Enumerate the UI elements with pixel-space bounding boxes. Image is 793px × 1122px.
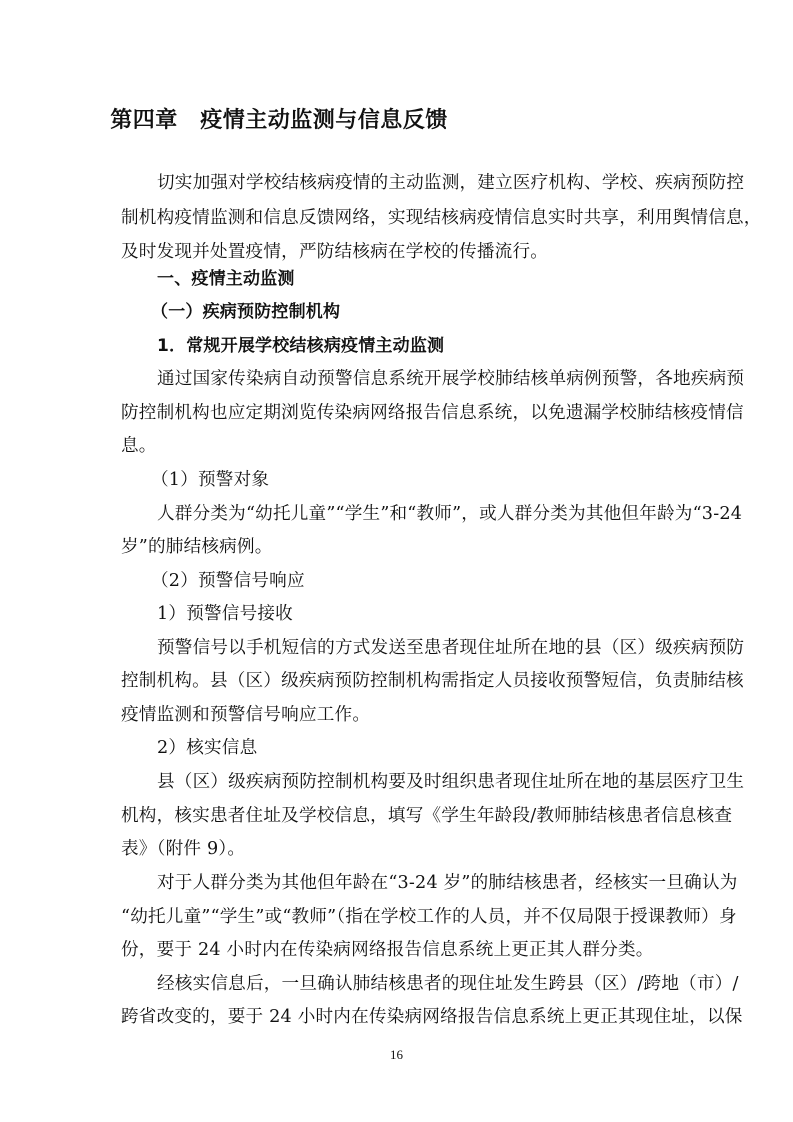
paragraph-line: 岁”的肺结核病例。 [121, 536, 679, 558]
paragraph-line: 机构，核实患者住址及学校信息，填写《学生年龄段/教师肺结核患者信息核查 [121, 805, 679, 827]
paragraph-line: 人群分类为“幼托儿童”“学生”和“教师”，或人群分类为其他但年龄为“3-24 [121, 503, 679, 525]
paragraph-line: 防控制机构也应定期浏览传染病网络报告信息系统，以免遗漏学校肺结核疫情信 [121, 402, 679, 424]
paragraph-line: 控制机构。县（区）级疾病预防控制机构需指定人员接收预警短信，负责肺结核 [121, 670, 679, 692]
page-number: 16 [0, 1047, 793, 1063]
subheading: （1）预警对象 [121, 469, 709, 491]
paragraph-line: 经核实信息后，一旦确认肺结核患者的现住址发生跨县（区）/跨地（市）/ [121, 973, 679, 995]
paragraph-line: 份，要于 24 小时内在传染病网络报告信息系统上更正其人群分类。 [121, 939, 679, 961]
chapter-title: 第四章 疫情主动监测与信息反馈 [0, 103, 558, 134]
item-heading: 1．常规开展学校结核病疫情主动监测 [121, 335, 679, 357]
intro-line: 切实加强对学校结核病疫情的主动监测，建立医疗机构、学校、疾病预防控 [121, 172, 679, 194]
subheading: 2）核实信息 [121, 737, 679, 759]
paragraph-line: 跨省改变的，要于 24 小时内在传染病网络报告信息系统上更正其现住址，以保 [121, 1006, 679, 1028]
subheading: （2）预警信号响应 [121, 570, 709, 592]
paragraph-line: 息。 [121, 435, 679, 457]
subheading: 1）预警信号接收 [121, 603, 679, 625]
paragraph-line: 表》（附件 9）。 [121, 838, 679, 860]
paragraph-line: 预警信号以手机短信的方式发送至患者现住址所在地的县（区）级疾病预防 [121, 637, 679, 659]
paragraph-line: 通过国家传染病自动预警信息系统开展学校肺结核单病例预警，各地疾病预 [121, 368, 679, 390]
paragraph-line: “幼托儿童”“学生”或“教师”（指在学校工作的人员，并不仅局限于授课教师）身 [121, 906, 679, 928]
intro-line: 及时发现并处置疫情，严防结核病在学校的传播流行。 [121, 241, 679, 263]
intro-line: 制机构疫情监测和信息反馈网络，实现结核病疫情信息实时共享，利用舆情信息， [121, 207, 679, 229]
subsection-heading: （一）疾病预防控制机构 [121, 301, 709, 323]
paragraph-line: 对于人群分类为其他但年龄在“3-24 岁”的肺结核患者，经核实一旦确认为 [121, 872, 679, 894]
paragraph-line: 疫情监测和预警信号响应工作。 [121, 704, 679, 726]
paragraph-line: 县（区）级疾病预防控制机构要及时组织患者现住址所在地的基层医疗卫生 [121, 771, 679, 793]
section-heading: 一、疫情主动监测 [121, 268, 679, 290]
